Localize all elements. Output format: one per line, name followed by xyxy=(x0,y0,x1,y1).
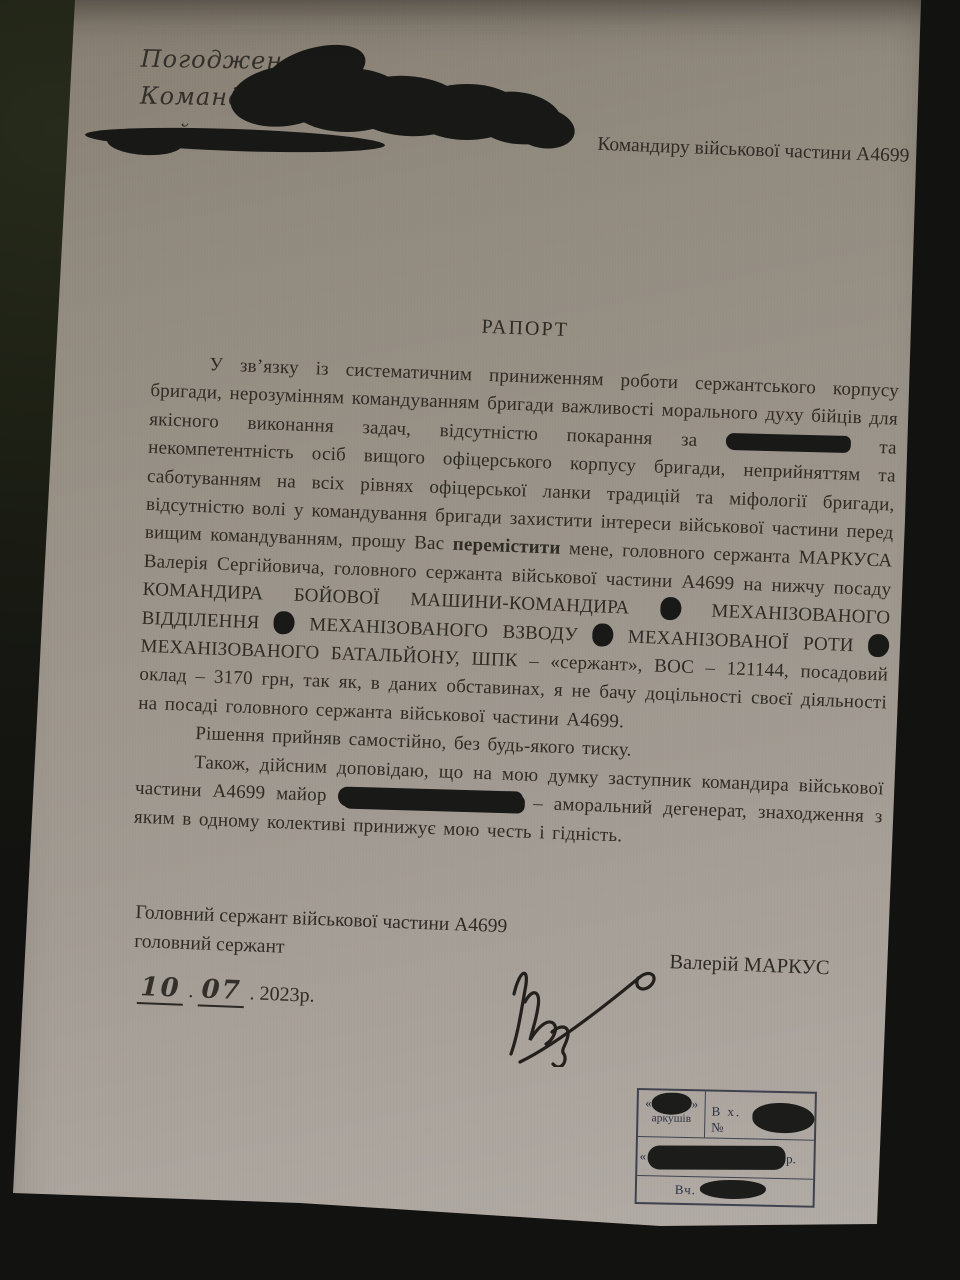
stamp-vch-row: Вч. xyxy=(637,1176,814,1206)
body-text-run: МЕХАНІЗОВАНОЇ РОТИ xyxy=(613,626,868,657)
signer-name: Валерій МАРКУС xyxy=(639,950,860,981)
redaction-mark xyxy=(337,787,522,812)
date-month-handwritten: 07 xyxy=(198,974,245,1008)
redaction-blob-stamp-vch xyxy=(700,1179,766,1199)
redaction-mark xyxy=(273,611,295,635)
redaction-blob-large xyxy=(85,30,595,180)
stamp-quote-open: « xyxy=(639,1148,646,1164)
stamp-date-row: « р. xyxy=(637,1137,814,1180)
signer-post-block: Головний сержант військової частини А469… xyxy=(134,898,508,970)
stamp-top-row: «» аркушів В х. № xyxy=(638,1090,815,1141)
photo-background: Погоджено Командир майор Командиру війсь… xyxy=(0,0,960,1280)
stamp-year-suffix: р. xyxy=(786,1151,796,1167)
body-paragraph-1: У зв’язку із систематичним приниженням р… xyxy=(138,349,900,747)
redaction-mark xyxy=(868,633,890,657)
redaction-mark xyxy=(592,623,614,647)
body-text-run: перемістити xyxy=(452,534,561,559)
redaction-mark xyxy=(726,433,851,453)
registration-stamp: «» аркушів В х. № « р. Вч. xyxy=(635,1088,817,1208)
date-day-handwritten: 10 xyxy=(137,972,184,1006)
photo-of-document: { "colors": { "background": "#1d2014", "… xyxy=(0,0,960,1280)
redaction-blob-stamp-number xyxy=(752,1102,815,1133)
body-text-run: МЕХАНІЗОВАНОГО ВЗВОДУ xyxy=(294,613,592,645)
date-separator-1: . xyxy=(188,980,194,1002)
document-body: У зв’язку із систематичним приниженням р… xyxy=(133,349,899,860)
date-year: 2023р. xyxy=(259,983,315,1007)
document-title: РАПОРТ xyxy=(151,303,899,355)
stamp-incoming-label: В х. № xyxy=(711,1104,750,1137)
stamp-sheets-cell: «» аркушів xyxy=(638,1090,706,1137)
stamp-vch-label: Вч. xyxy=(675,1182,696,1198)
date-line: 10 . 07 . 2023р. xyxy=(137,972,315,1009)
redaction-mark xyxy=(660,597,682,621)
signature-scribble xyxy=(468,932,663,1067)
redaction-blob-stamp-date xyxy=(647,1145,785,1169)
stamp-incoming-number-cell: В х. № xyxy=(705,1091,815,1139)
document-paper: Погоджено Командир майор Командиру війсь… xyxy=(0,0,960,1280)
date-separator-2: . xyxy=(249,982,255,1004)
